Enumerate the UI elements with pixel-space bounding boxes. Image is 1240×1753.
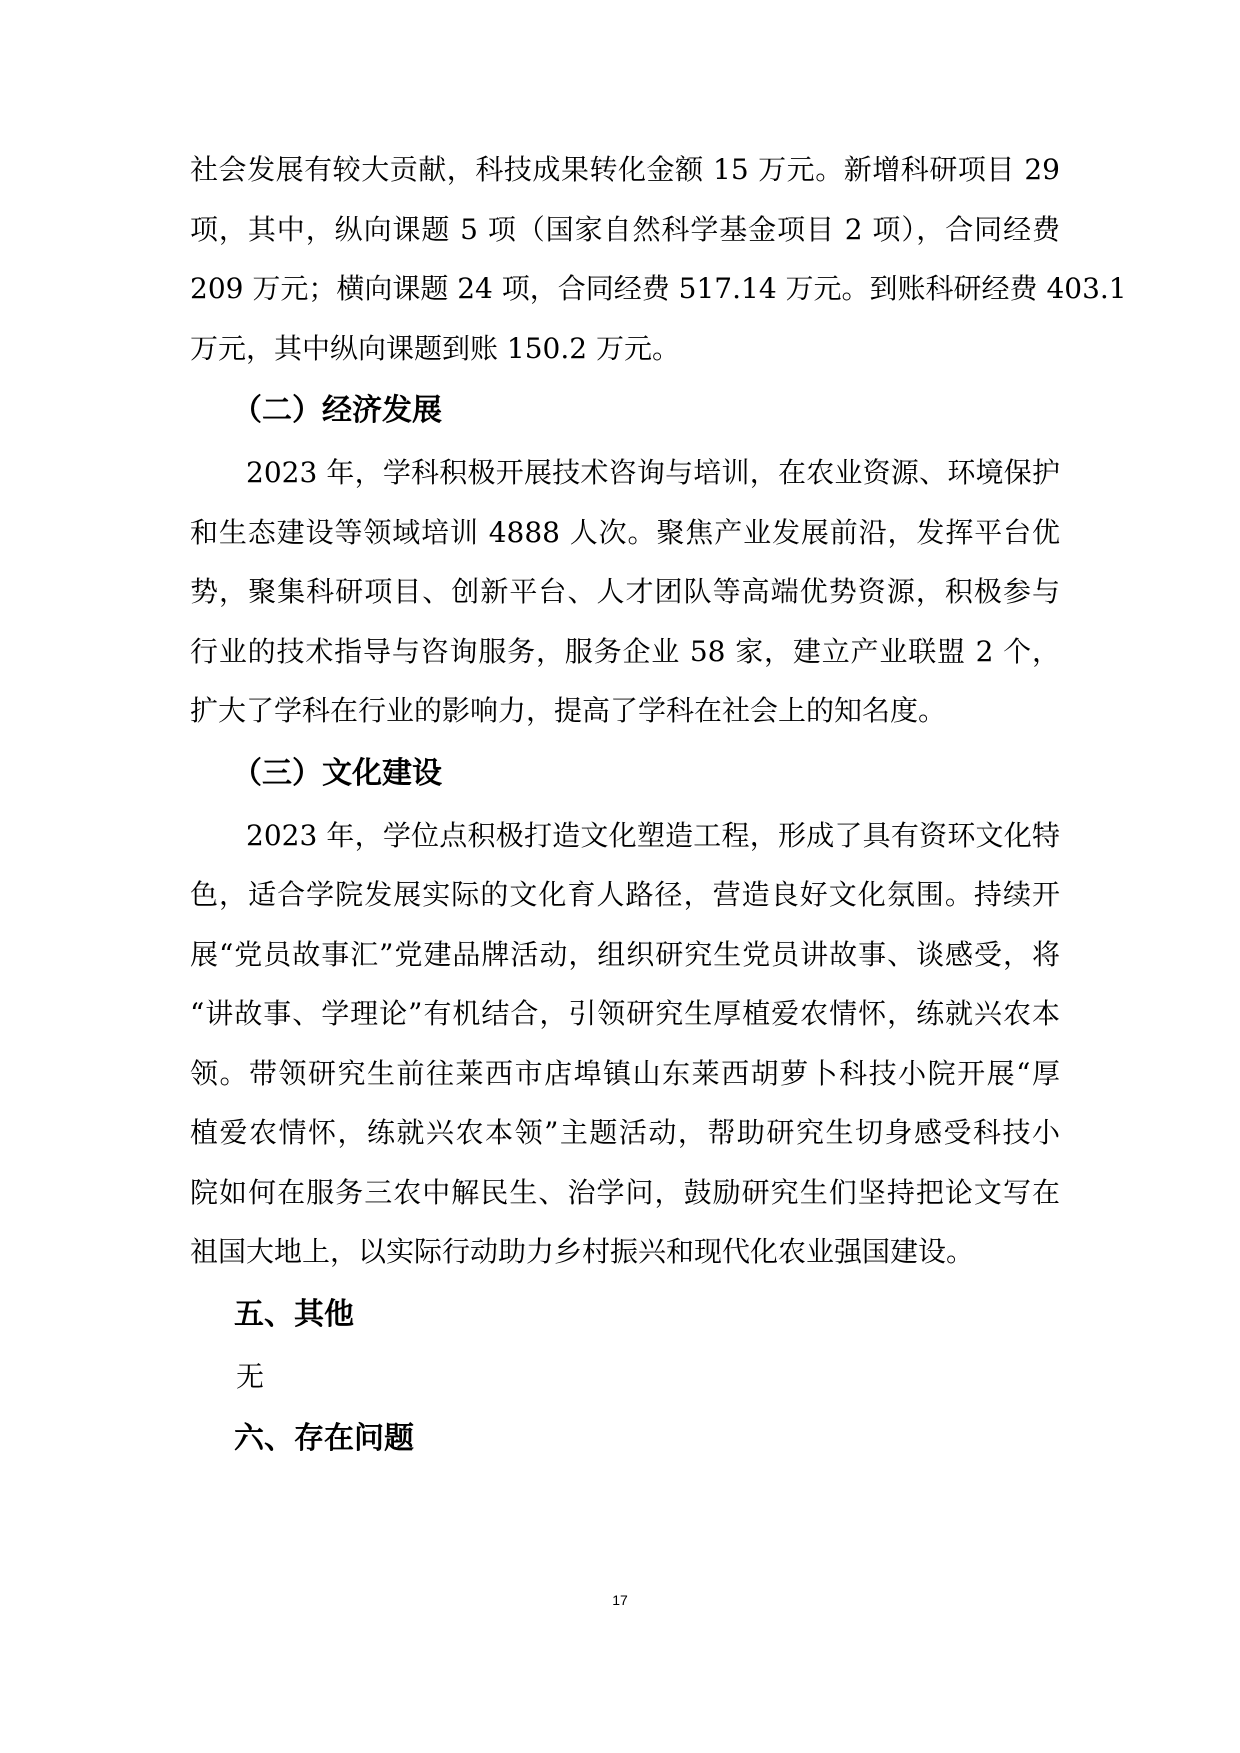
paragraph-line: “讲故事、学理论”有机结合，引领研究生厚植爱农情怀，练就兴农本: [190, 984, 1060, 1044]
page-content: 社会发展有较大贡献，科技成果转化金额 15 万元。新增科研项目 29 项，其中，…: [190, 140, 1060, 1471]
section-heading-economic: （二）经济发展: [190, 378, 1060, 443]
paragraph-line: 院如何在服务三农中解民生、治学问，鼓励研究生们坚持把论文写在: [190, 1163, 1060, 1223]
paragraph-line: 色，适合学院发展实际的文化育人路径，营造良好文化氛围。持续开: [190, 865, 1060, 925]
paragraph-line: 209 万元；横向课题 24 项，合同经费 517.14 万元。到账科研经费 4…: [190, 259, 1060, 319]
economic-paragraph: 2023 年，学科积极开展技术咨询与培训，在农业资源、环境保护 和生态建设等领域…: [190, 443, 1060, 741]
paragraph-line: 社会发展有较大贡献，科技成果转化金额 15 万元。新增科研项目 29: [190, 140, 1060, 200]
other-body: 无: [190, 1347, 1060, 1407]
document-page: 社会发展有较大贡献，科技成果转化金额 15 万元。新增科研项目 29 项，其中，…: [0, 0, 1240, 1753]
paragraph-line: 和生态建设等领域培训 4888 人次。聚焦产业发展前沿，发挥平台优: [190, 503, 1060, 563]
paragraph-line: 领。带领研究生前往莱西市店埠镇山东莱西胡萝卜科技小院开展“厚: [190, 1044, 1060, 1104]
paragraph-line: 2023 年，学位点积极打造文化塑造工程，形成了具有资环文化特: [190, 806, 1060, 866]
continuation-paragraph: 社会发展有较大贡献，科技成果转化金额 15 万元。新增科研项目 29 项，其中，…: [190, 140, 1060, 378]
section-heading-culture: （三）文化建设: [190, 741, 1060, 806]
paragraph-line: 项，其中，纵向课题 5 项（国家自然科学基金项目 2 项），合同经费: [190, 200, 1060, 260]
section-heading-other: 五、其他: [190, 1282, 1060, 1347]
culture-paragraph: 2023 年，学位点积极打造文化塑造工程，形成了具有资环文化特 色，适合学院发展…: [190, 806, 1060, 1282]
section-heading-problems: 六、存在问题: [190, 1406, 1060, 1471]
paragraph-line: 祖国大地上，以实际行动助力乡村振兴和现代化农业强国建设。: [190, 1222, 1060, 1282]
paragraph-line: 扩大了学科在行业的影响力，提高了学科在社会上的知名度。: [190, 681, 1060, 741]
paragraph-line: 2023 年，学科积极开展技术咨询与培训，在农业资源、环境保护: [190, 443, 1060, 503]
paragraph-line: 行业的技术指导与咨询服务，服务企业 58 家，建立产业联盟 2 个，: [190, 622, 1060, 682]
paragraph-line: 势，聚集科研项目、创新平台、人才团队等高端优势资源，积极参与: [190, 562, 1060, 622]
page-number: 17: [0, 1592, 1240, 1608]
paragraph-line: 万元，其中纵向课题到账 150.2 万元。: [190, 319, 1060, 379]
paragraph-line: 展“党员故事汇”党建品牌活动，组织研究生党员讲故事、谈感受，将: [190, 925, 1060, 985]
paragraph-line: 植爱农情怀，练就兴农本领”主题活动，帮助研究生切身感受科技小: [190, 1103, 1060, 1163]
